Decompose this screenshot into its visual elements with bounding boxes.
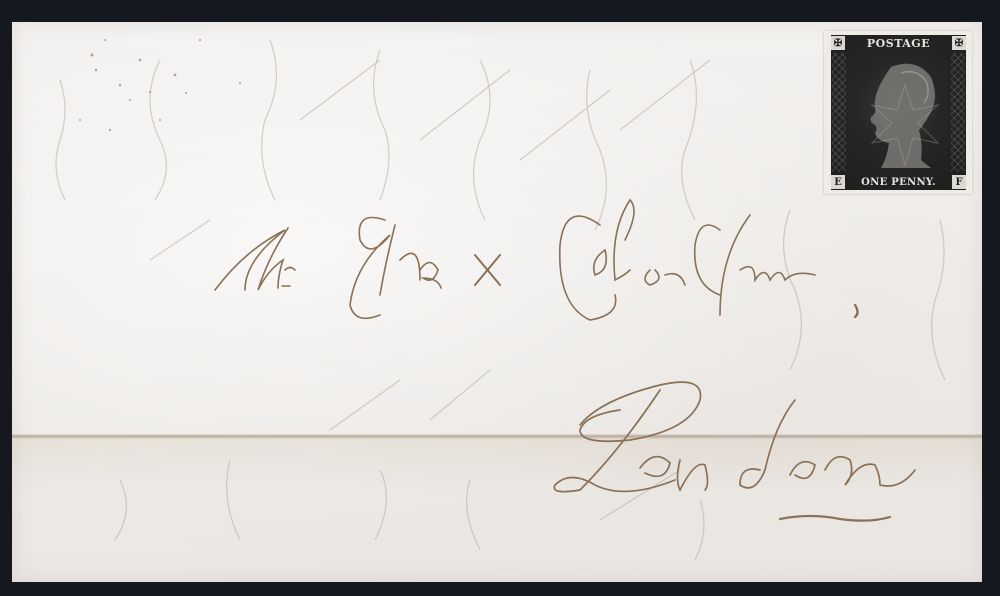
stamp-value-label: ONE PENNY. — [845, 177, 952, 188]
stamp-top-row: ✠ POSTAGE ✠ — [831, 35, 966, 51]
stamp-border-right — [951, 53, 965, 172]
corner-letter-left: E — [831, 175, 845, 189]
stamp-design: ✠ POSTAGE ✠ E ONE PENNY. F — [831, 35, 966, 190]
star-ornament-icon: ✠ — [831, 36, 845, 50]
star-ornament-icon: ✠ — [952, 36, 966, 50]
maltese-cross-cancel-icon — [866, 75, 944, 175]
address-line1-script — [215, 200, 858, 320]
show-through-script — [56, 40, 945, 560]
foxing-spots — [79, 39, 241, 131]
stamp-top-label: POSTAGE — [867, 37, 930, 50]
stamp-bottom-row: E ONE PENNY. F — [831, 174, 966, 190]
corner-letter-right: F — [952, 175, 966, 189]
penny-black-stamp: ✠ POSTAGE ✠ E ONE PENNY. F — [824, 31, 972, 194]
stamp-border-left — [832, 53, 846, 172]
address-line2-script — [554, 382, 915, 520]
